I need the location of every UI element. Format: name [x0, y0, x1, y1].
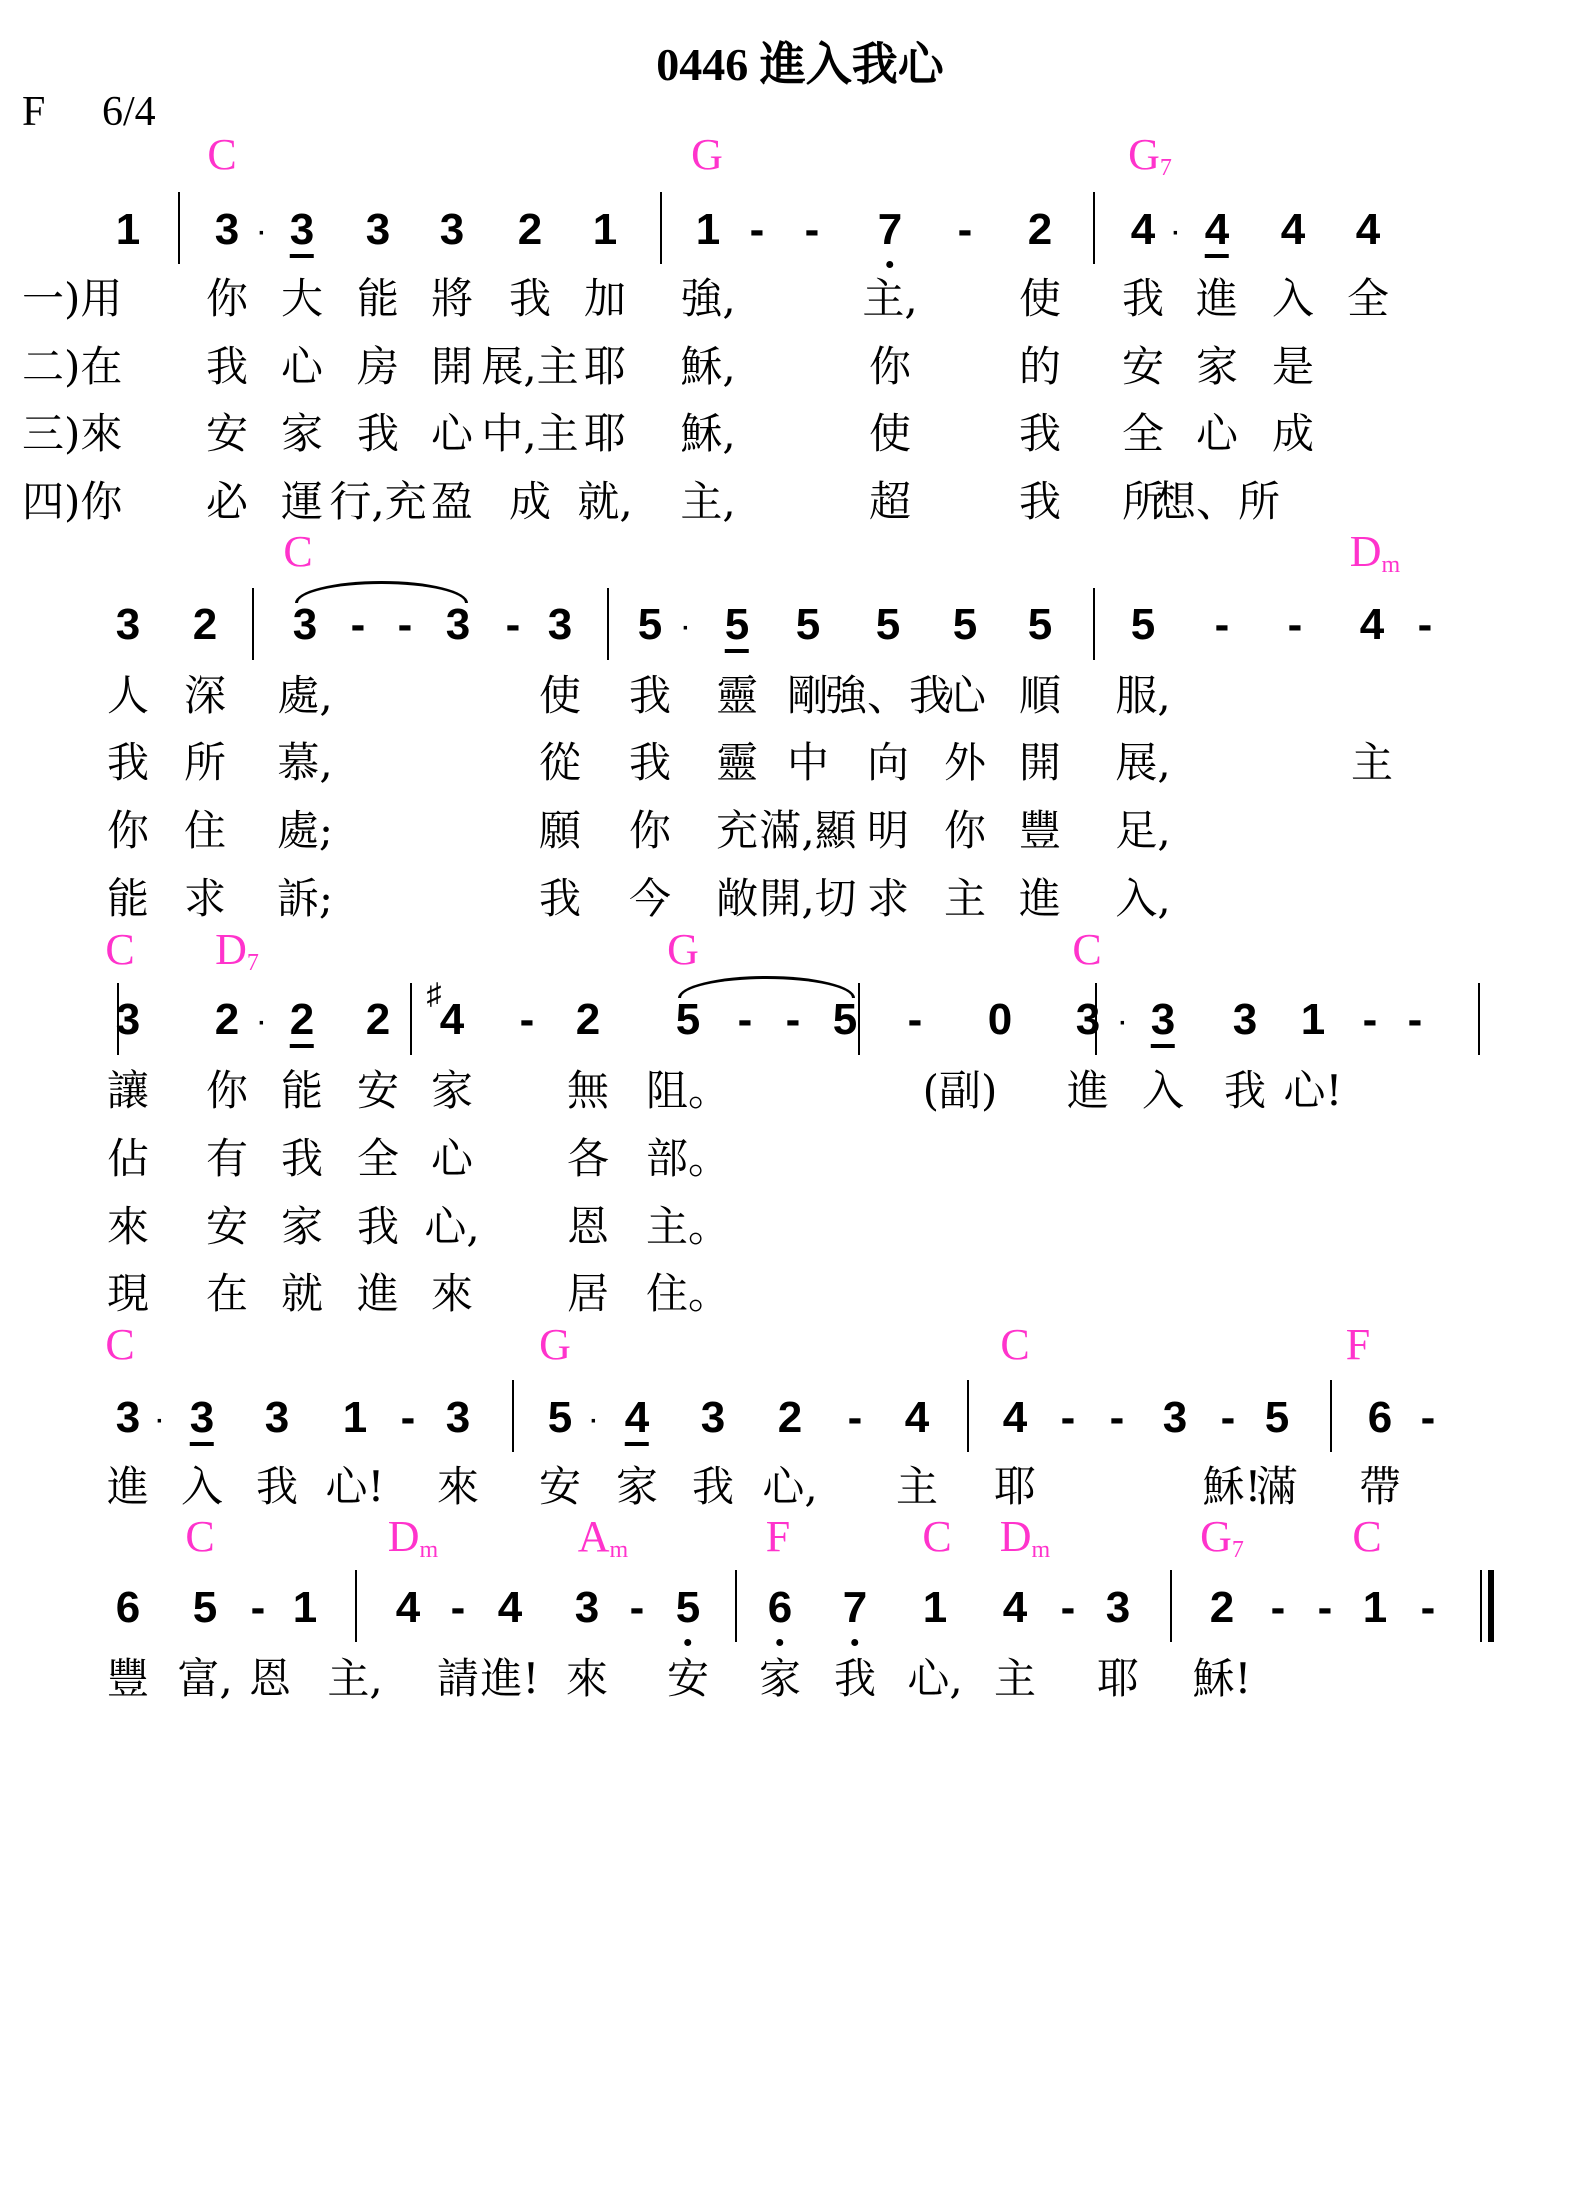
lyric-syllable: 使 — [539, 675, 581, 717]
chord-symbol: C — [105, 1323, 134, 1367]
note: 2 — [290, 998, 314, 1048]
lyric-syllable: 家 — [281, 1206, 323, 1248]
note: 3 — [446, 1396, 470, 1440]
lyric-syllable: 處; — [277, 810, 333, 852]
lyric-syllable: 滿 — [1256, 1466, 1298, 1508]
note: 3 — [366, 208, 390, 252]
lyric-syllable: 心! — [1284, 1070, 1343, 1112]
note: 4 — [440, 998, 464, 1042]
note: 3 — [440, 208, 464, 252]
lyric-syllable: 進! — [481, 1658, 540, 1700]
lyric-syllable: 耶 — [584, 413, 626, 455]
note: 4 — [1205, 208, 1229, 258]
lyric-syllable: 主 — [896, 1466, 938, 1508]
lyric-syllable: 我 — [281, 1138, 323, 1180]
lyric-syllable: 家 — [431, 1070, 473, 1112]
bar-line — [660, 192, 662, 264]
note: 3 — [548, 603, 572, 647]
lyric-syllable: 盈 — [431, 481, 473, 523]
lyric-syllable: 能 — [107, 878, 149, 920]
lyric-syllable: 來 — [431, 1273, 473, 1315]
lyric-syllable: 穌, — [680, 346, 735, 388]
note: 4 — [1003, 1586, 1027, 1630]
lyric-syllable: 向 — [867, 742, 909, 784]
note: 4 — [498, 1586, 522, 1630]
lyric-syllable: 我 — [509, 278, 551, 320]
augmentation-dot: · — [682, 617, 690, 641]
lyric-syllable: 我 — [629, 675, 671, 717]
chord-symbol: C — [283, 530, 312, 574]
hold-dash: - — [351, 603, 366, 647]
hold-dash: - — [1363, 998, 1378, 1042]
final-bar-thick — [1488, 1570, 1494, 1642]
note: 5 — [676, 998, 700, 1042]
bar-line — [967, 1380, 969, 1452]
lyric-syllable: 來 — [437, 1466, 479, 1508]
note: 2 — [576, 998, 600, 1042]
note: 5 — [676, 1586, 700, 1630]
note: 3 — [1233, 998, 1257, 1042]
lyric-syllable: 靈 — [716, 675, 758, 717]
note: 5 — [1028, 603, 1052, 647]
lyric-syllable: 全 — [357, 1138, 399, 1180]
lyric-syllable: 我 — [1019, 481, 1061, 523]
hold-dash: - — [786, 998, 801, 1042]
note: 3 — [701, 1396, 725, 1440]
lyric-syllable: 有 — [206, 1138, 248, 1180]
lyric-syllable: 穌, — [680, 413, 735, 455]
song-title: 0446 進入我心 — [656, 28, 944, 94]
lyric-syllable: 強, — [680, 278, 735, 320]
lyric-syllable: 三)來 — [22, 413, 122, 455]
lyric-syllable: 人 — [107, 675, 149, 717]
note: 1 — [923, 1586, 947, 1630]
tie-arc — [678, 976, 855, 998]
augmentation-dot: · — [1119, 1012, 1127, 1036]
lyric-syllable: 心 — [1196, 413, 1238, 455]
hold-dash: - — [1318, 1586, 1333, 1630]
lyric-syllable: 使 — [1019, 278, 1061, 320]
note: 3 — [116, 1396, 140, 1440]
lyric-syllable: 使 — [869, 413, 911, 455]
chord-symbol: F — [1346, 1323, 1370, 1367]
note: 3 — [293, 603, 317, 647]
lyric-syllable: 你 — [206, 278, 248, 320]
hold-dash: - — [1408, 998, 1423, 1042]
lyric-syllable: 深 — [184, 675, 226, 717]
lyric-syllable: 進 — [1019, 878, 1061, 920]
note: 2 — [1028, 208, 1052, 252]
note: 4 — [1131, 208, 1155, 252]
note: 1 — [293, 1586, 317, 1630]
hold-dash: - — [451, 1586, 466, 1630]
lyric-syllable: 穌! — [1193, 1658, 1252, 1700]
lyric-syllable: 展,主 — [481, 346, 578, 388]
note: 3 — [215, 208, 239, 252]
lyric-syllable: 想、所 — [1154, 481, 1280, 523]
bar-line — [607, 588, 609, 660]
lyric-syllable: 全 — [1347, 278, 1389, 320]
lyric-syllable: 你 — [869, 346, 911, 388]
lyric-syllable: 四)你 — [22, 481, 122, 523]
lyric-syllable: 二)在 — [22, 346, 122, 388]
note: 5 — [833, 998, 857, 1042]
note: 4 — [905, 1396, 929, 1440]
note: 3 — [116, 603, 140, 647]
lyric-syllable: 就 — [281, 1273, 323, 1315]
augmentation-dot: · — [590, 1410, 598, 1434]
lyric-syllable: 所 — [184, 742, 226, 784]
lyric-syllable: 全 — [1122, 413, 1164, 455]
lyric-syllable: 心 — [281, 346, 323, 388]
lyric-syllable: 恩 — [567, 1206, 609, 1248]
lyric-syllable: 心, — [907, 1658, 962, 1700]
chord-symbol: G — [691, 133, 723, 177]
note: 4 — [625, 1396, 649, 1446]
note: 5 — [1265, 1396, 1289, 1440]
lyric-syllable: 你 — [206, 1070, 248, 1112]
hold-dash: - — [1421, 1586, 1436, 1630]
lyric-syllable: 在 — [206, 1273, 248, 1315]
lyric-syllable: 安 — [1122, 346, 1164, 388]
lyric-syllable: 成 — [509, 481, 551, 523]
lyric-syllable: 富, — [177, 1658, 232, 1700]
note: 2 — [778, 1396, 802, 1440]
lyric-syllable: 中,主 — [481, 413, 578, 455]
note: 4 — [1360, 603, 1384, 647]
lyric-syllable: 明 — [867, 810, 909, 852]
lyric-syllable: 願 — [539, 810, 581, 852]
note: 3 — [1151, 998, 1175, 1048]
hold-dash: - — [1221, 1396, 1236, 1440]
lyric-syllable: 安 — [539, 1466, 581, 1508]
lyric-syllable: 外 — [944, 742, 986, 784]
note: 2 — [193, 603, 217, 647]
bar-line — [178, 192, 180, 264]
lyric-syllable: 我 — [357, 413, 399, 455]
lyric-syllable: 安 — [206, 1206, 248, 1248]
lyric-syllable: 豐 — [1019, 810, 1061, 852]
lyric-syllable: 我 — [1019, 413, 1061, 455]
bar-line — [1478, 983, 1480, 1055]
lyric-syllable: 住。 — [646, 1273, 730, 1315]
lyric-syllable: 我 — [1122, 278, 1164, 320]
hold-dash: - — [1110, 1396, 1125, 1440]
note: 2 — [366, 998, 390, 1042]
lyric-syllable: 順 — [1019, 675, 1061, 717]
lyric-syllable: 的 — [1019, 346, 1061, 388]
lyric-syllable: 敞 — [716, 878, 758, 920]
lyric-syllable: 家 — [759, 1658, 801, 1700]
lyric-syllable: 進 — [357, 1273, 399, 1315]
note: 2 — [1210, 1586, 1234, 1630]
lyric-syllable: 展, — [1115, 742, 1170, 784]
chord-symbol: C — [1352, 1515, 1381, 1559]
lyric-syllable: 能 — [281, 1070, 323, 1112]
bar-line — [1093, 192, 1095, 264]
note: 5 — [876, 603, 900, 647]
augmentation-dot: · — [258, 1012, 266, 1036]
hold-dash: - — [738, 998, 753, 1042]
octave-dot-below — [851, 1639, 858, 1646]
lyric-syllable: 是 — [1272, 346, 1314, 388]
lyric-syllable: 我 — [692, 1466, 734, 1508]
tie-arc — [295, 581, 468, 603]
hold-dash: - — [1061, 1396, 1076, 1440]
chord-symbol: Am — [578, 1515, 628, 1562]
hold-dash: - — [1418, 603, 1433, 647]
lyric-syllable: 各 — [567, 1138, 609, 1180]
lyric-syllable: 我 — [539, 878, 581, 920]
lyric-syllable: 你 — [107, 810, 149, 852]
lyric-syllable: 滿,顯 — [759, 810, 856, 852]
lyric-syllable: 耶 — [994, 1466, 1036, 1508]
note: 4 — [1281, 208, 1305, 252]
lyric-syllable: 一)用 — [22, 278, 122, 320]
note: 1 — [343, 1396, 367, 1440]
bar-line — [512, 1380, 514, 1452]
chord-symbol: Dm — [388, 1515, 438, 1562]
lyric-syllable: 入, — [1115, 878, 1170, 920]
lyric-syllable: 運 — [281, 481, 323, 523]
lyric-syllable: 今 — [629, 878, 671, 920]
lyric-syllable: 大 — [281, 278, 323, 320]
lyric-syllable: 進 — [107, 1466, 149, 1508]
lyric-syllable: 家 — [616, 1466, 658, 1508]
octave-dot-below — [886, 261, 893, 268]
note: 6 — [116, 1586, 140, 1630]
note: 7 — [843, 1586, 867, 1630]
lyric-syllable: 主。 — [646, 1206, 730, 1248]
bar-line — [1170, 1570, 1172, 1642]
note: 3 — [1106, 1586, 1130, 1630]
note: 1 — [1301, 998, 1325, 1042]
lyric-syllable: 強、我 — [825, 675, 951, 717]
chord-symbol: G — [667, 928, 699, 972]
chord-symbol: G — [539, 1323, 571, 1367]
lyric-syllable: 我 — [357, 1206, 399, 1248]
hold-dash: - — [398, 603, 413, 647]
hold-dash: - — [958, 208, 973, 252]
bar-line — [410, 983, 412, 1055]
lyric-syllable: 你 — [629, 810, 671, 852]
lyric-syllable: 求 — [867, 878, 909, 920]
lyric-syllable: 主, — [862, 278, 917, 320]
note: 1 — [116, 208, 140, 252]
lyric-syllable: 從 — [539, 742, 581, 784]
lyric-syllable: 安 — [206, 413, 248, 455]
lyric-syllable: 充 — [716, 810, 758, 852]
lyric-syllable: 我 — [107, 742, 149, 784]
lyric-syllable: 心 — [944, 675, 986, 717]
lyric-syllable: 開 — [431, 346, 473, 388]
lyric-syllable: 住 — [184, 810, 226, 852]
lyric-syllable: 帶 — [1359, 1466, 1401, 1508]
hold-dash: - — [750, 208, 765, 252]
note: 3 — [190, 1396, 214, 1446]
note: 5 — [193, 1586, 217, 1630]
hold-dash: - — [1421, 1396, 1436, 1440]
chord-symbol: Dm — [1350, 530, 1400, 577]
note: 5 — [548, 1396, 572, 1440]
bar-line — [858, 983, 860, 1055]
note: 4 — [1003, 1396, 1027, 1440]
hold-dash: - — [520, 998, 535, 1042]
lyric-syllable: 進 — [1196, 278, 1238, 320]
chord-symbol: G7 — [1200, 1515, 1244, 1562]
lyric-syllable: 請 — [437, 1658, 479, 1700]
bar-line — [735, 1570, 737, 1642]
lyric-syllable: 你 — [944, 810, 986, 852]
lyric-syllable: (副) — [923, 1070, 998, 1112]
hold-dash: - — [848, 1396, 863, 1440]
lyric-syllable: 居 — [567, 1273, 609, 1315]
note: 2 — [518, 208, 542, 252]
note: 6 — [768, 1586, 792, 1630]
lyric-syllable: 入 — [181, 1466, 223, 1508]
note: 5 — [638, 603, 662, 647]
bar-line — [252, 588, 254, 660]
note: 3 — [575, 1586, 599, 1630]
chord-symbol: D7 — [215, 928, 259, 975]
hold-dash: - — [1215, 603, 1230, 647]
lyric-syllable: 將 — [431, 278, 473, 320]
hold-dash: - — [908, 998, 923, 1042]
hold-dash: - — [1061, 1586, 1076, 1630]
lyric-syllable: 主 — [1351, 742, 1393, 784]
lyric-syllable: 加 — [584, 278, 626, 320]
lyric-syllable: 訴; — [277, 878, 333, 920]
lyric-syllable: 心 — [431, 1138, 473, 1180]
lyric-syllable: 心 — [431, 413, 473, 455]
lyric-syllable: 我 — [629, 742, 671, 784]
sharp-sign: ♯ — [427, 980, 442, 1010]
lyric-syllable: 心, — [762, 1466, 817, 1508]
hold-dash: - — [506, 603, 521, 647]
hold-dash: - — [630, 1586, 645, 1630]
octave-dot-below — [776, 1639, 783, 1646]
augmentation-dot: · — [258, 222, 266, 246]
lyric-syllable: 阻。 — [646, 1070, 730, 1112]
lyric-syllable: 行,充 — [329, 481, 426, 523]
chord-symbol: C — [922, 1515, 951, 1559]
lyric-syllable: 超 — [869, 481, 911, 523]
note: 3 — [290, 208, 314, 258]
lyric-syllable: 中 — [787, 742, 829, 784]
note: 2 — [215, 998, 239, 1042]
note: 5 — [953, 603, 977, 647]
lyric-syllable: 部。 — [646, 1138, 730, 1180]
lyric-syllable: 主, — [327, 1658, 382, 1700]
lyric-syllable: 安 — [357, 1070, 399, 1112]
lyric-syllable: 入 — [1142, 1070, 1184, 1112]
lyric-syllable: 主 — [994, 1658, 1036, 1700]
lyric-syllable: 主 — [944, 878, 986, 920]
chord-symbol: C — [1000, 1323, 1029, 1367]
lyric-syllable: 我 — [834, 1658, 876, 1700]
lyric-syllable: 讓 — [107, 1070, 149, 1112]
note: 1 — [1363, 1586, 1387, 1630]
note: 4 — [1356, 208, 1380, 252]
bar-line — [117, 983, 119, 1055]
time-signature: 6/4 — [102, 88, 156, 136]
chord-symbol: C — [207, 133, 236, 177]
note: 6 — [1368, 1396, 1392, 1440]
bar-line — [355, 1570, 357, 1642]
key-signature: F — [22, 88, 45, 136]
lyric-syllable: 剛 — [787, 675, 829, 717]
note: 5 — [1131, 603, 1155, 647]
hold-dash: - — [1288, 603, 1303, 647]
lyric-syllable: 耶 — [1097, 1658, 1139, 1700]
bar-line — [1093, 588, 1095, 660]
lyric-syllable: 主, — [680, 481, 735, 523]
chord-symbol: Dm — [1000, 1515, 1050, 1562]
hold-dash: - — [251, 1586, 266, 1630]
hold-dash: - — [805, 208, 820, 252]
lyric-syllable: 心! — [326, 1466, 385, 1508]
hold-dash: - — [401, 1396, 416, 1440]
chord-symbol: C — [105, 928, 134, 972]
lyric-syllable: 足, — [1115, 810, 1170, 852]
lyric-syllable: 耶 — [584, 346, 626, 388]
note: 5 — [796, 603, 820, 647]
lyric-syllable: 入 — [1272, 278, 1314, 320]
lyric-syllable: 現 — [107, 1273, 149, 1315]
lyric-syllable: 開,切 — [759, 878, 856, 920]
lyric-syllable: 就, — [577, 481, 632, 523]
note: 3 — [446, 603, 470, 647]
note: 3 — [116, 998, 140, 1042]
lyric-syllable: 我 — [1224, 1070, 1266, 1112]
lyric-syllable: 成 — [1272, 413, 1314, 455]
bar-line — [1095, 983, 1097, 1055]
lyric-syllable: 進 — [1067, 1070, 1109, 1112]
note: 7 — [878, 208, 902, 252]
note: 1 — [696, 208, 720, 252]
lyric-syllable: 佔 — [107, 1138, 149, 1180]
note: 4 — [396, 1586, 420, 1630]
lyric-syllable: 無 — [567, 1070, 609, 1112]
note: 0 — [988, 998, 1012, 1042]
lyric-syllable: 必 — [206, 481, 248, 523]
lyric-syllable: 求 — [184, 878, 226, 920]
augmentation-dot: · — [156, 1410, 164, 1434]
lyric-syllable: 家 — [281, 413, 323, 455]
lyric-syllable: 慕, — [277, 742, 332, 784]
bar-line — [1330, 1380, 1332, 1452]
chord-symbol: C — [1072, 928, 1101, 972]
lyric-syllable: 處, — [277, 675, 332, 717]
chord-symbol: C — [185, 1515, 214, 1559]
lyric-syllable: 能 — [357, 278, 399, 320]
lyric-syllable: 我 — [206, 346, 248, 388]
final-bar-thin — [1480, 1570, 1482, 1642]
lyric-syllable: 安 — [667, 1658, 709, 1700]
lyric-syllable: 服, — [1115, 675, 1170, 717]
lyric-syllable: 穌! — [1203, 1466, 1262, 1508]
chord-symbol: G7 — [1128, 133, 1172, 180]
note: 5 — [725, 603, 749, 653]
hold-dash: - — [1271, 1586, 1286, 1630]
lyric-syllable: 靈 — [716, 742, 758, 784]
lyric-syllable: 開 — [1019, 742, 1061, 784]
lyric-syllable: 恩 — [249, 1658, 291, 1700]
augmentation-dot: · — [1172, 222, 1180, 246]
chord-symbol: F — [766, 1515, 790, 1559]
lyric-syllable: 來 — [107, 1206, 149, 1248]
lyric-syllable: 心, — [424, 1206, 479, 1248]
